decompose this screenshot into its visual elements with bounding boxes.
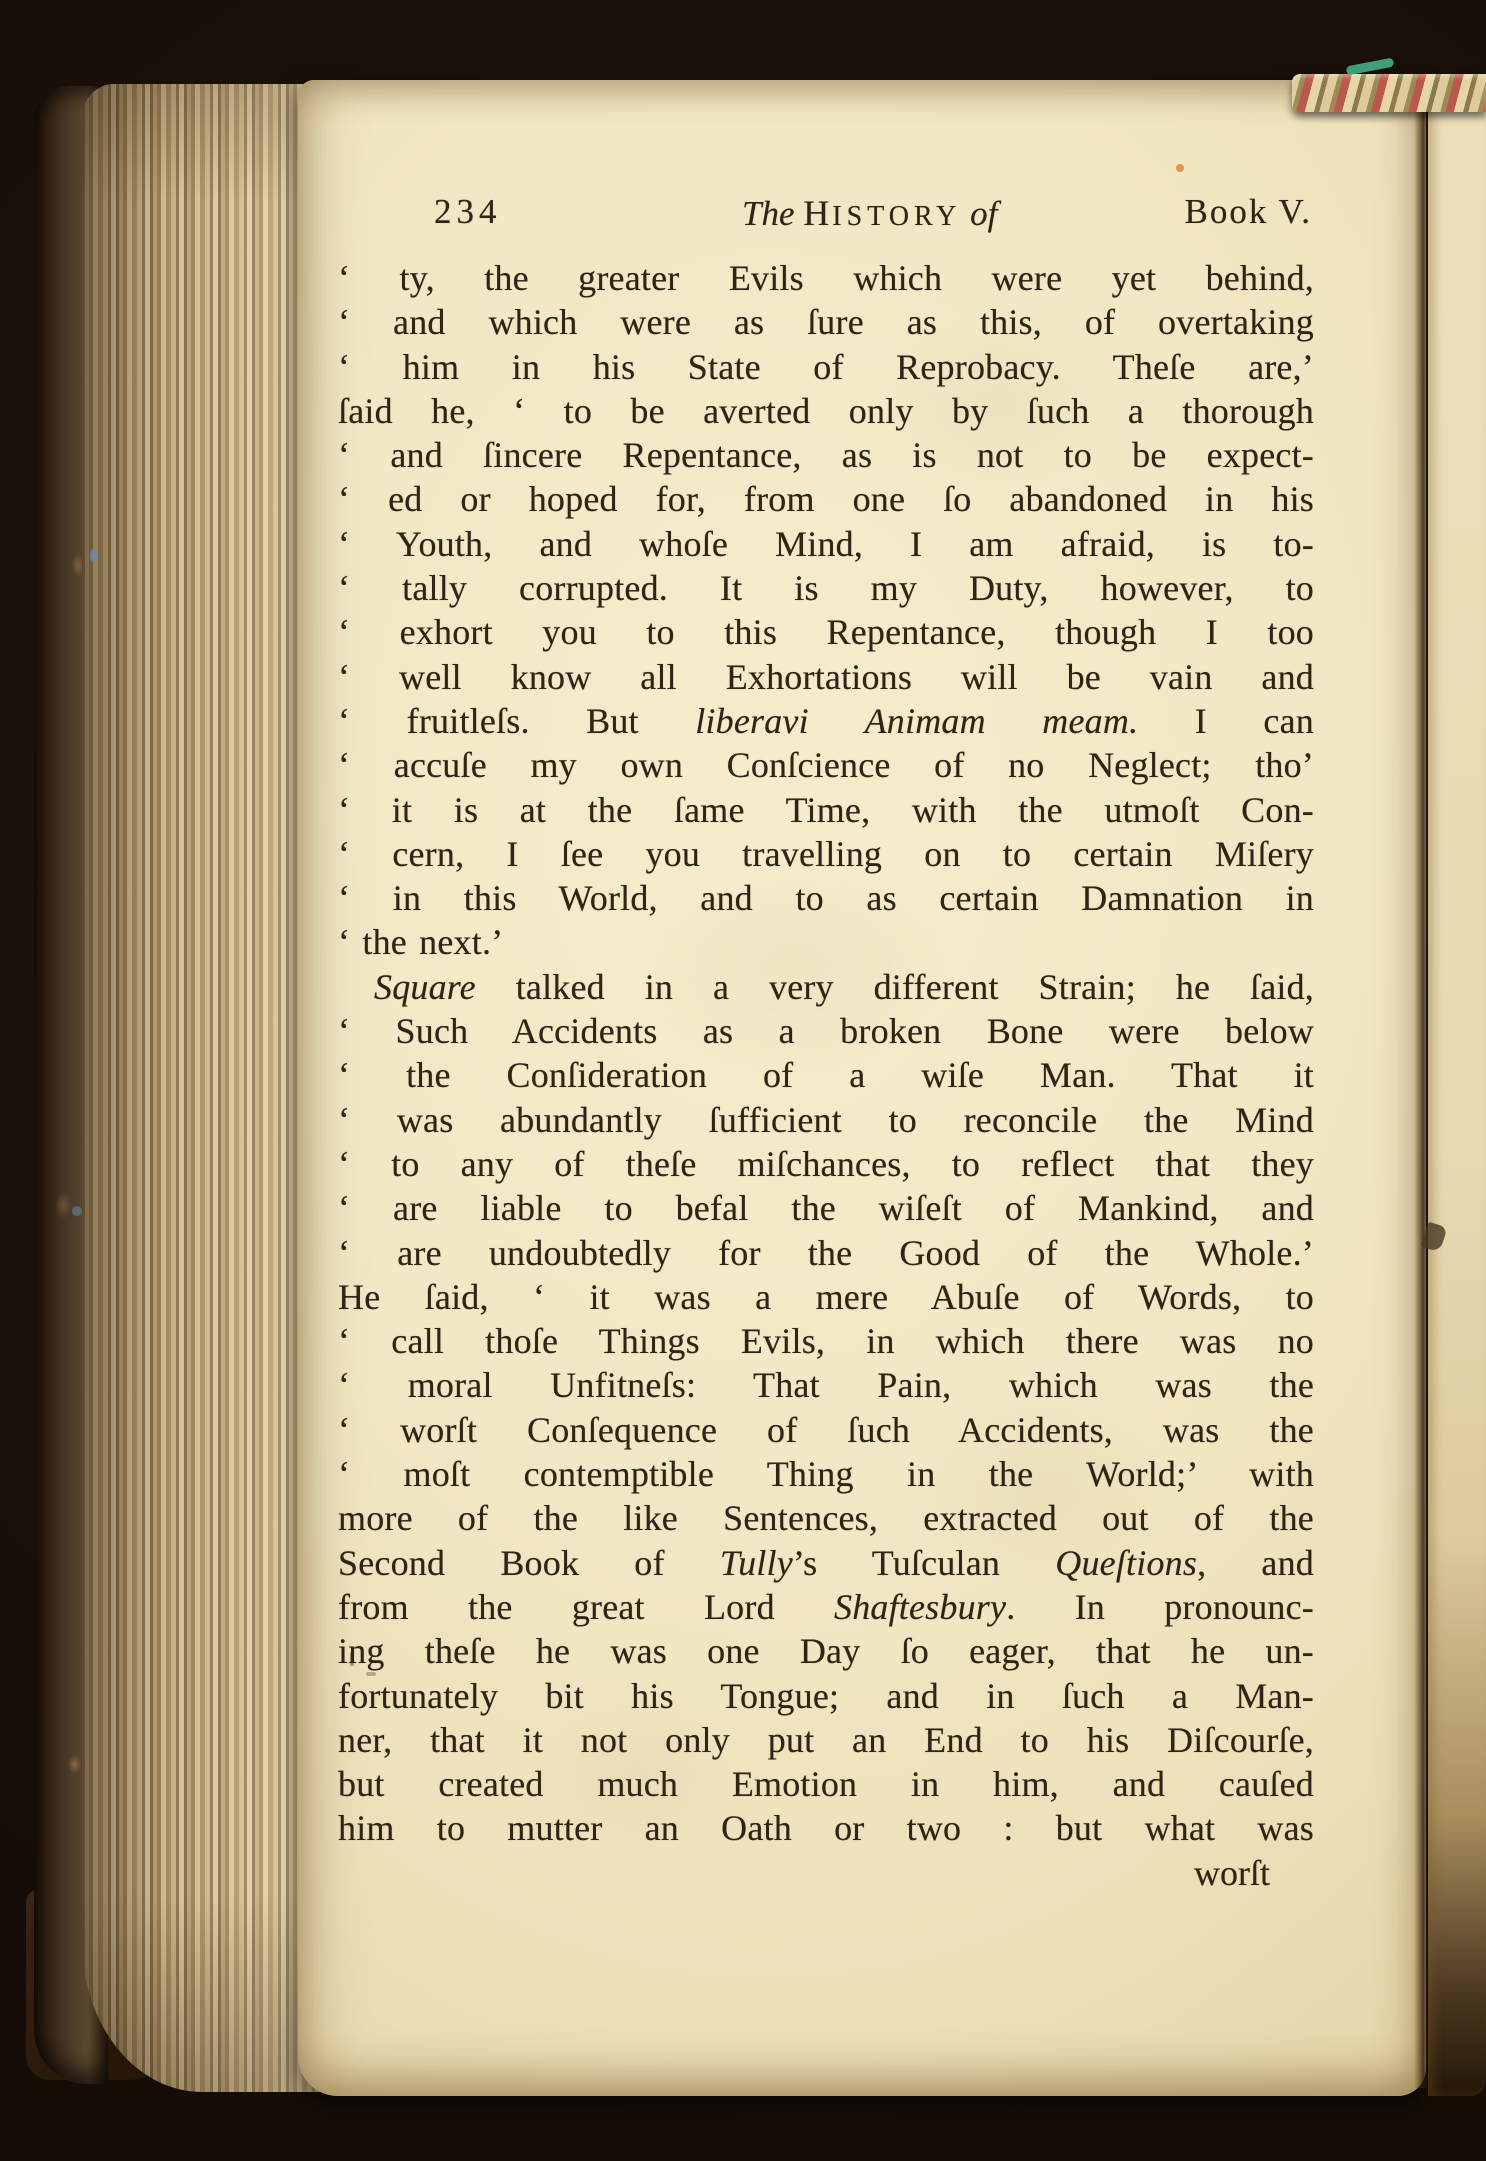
text-column: 234 The HISTORY of Book V. ‘ ty, the gre… (338, 190, 1314, 1895)
text-line: ‘ accuſe my own Conſcience of no Neglect… (338, 743, 1314, 787)
text-line: ‘ him in his State of Reprobacy. Theſe a… (338, 345, 1314, 389)
text-line: ‘ and which were as ſure as this, of ove… (338, 300, 1314, 344)
text-line: but created much Emotion in him, and cau… (338, 1762, 1314, 1806)
text-line: Square talked in a very different Strain… (338, 965, 1314, 1009)
text-line: ‘ call thoſe Things Evils, in which ther… (338, 1319, 1314, 1363)
text-line: ‘ worſt Conſequence of ſuch Accidents, w… (338, 1408, 1314, 1452)
running-title: The HISTORY of (742, 192, 997, 234)
text-line: ‘ exhort you to this Repentance, though … (338, 610, 1314, 654)
text-line: more of the like Sentences, extracted ou… (338, 1496, 1314, 1540)
text-line: ‘ the next.’ (338, 920, 1314, 964)
text-line: He ſaid, ‘ it was a mere Abuſe of Words,… (338, 1275, 1314, 1319)
text-line: him to mutter an Oath or two : but what … (338, 1806, 1314, 1850)
text-line: ‘ the Conſideration of a wiſe Man. That … (338, 1053, 1314, 1097)
text-line: ‘ and ſincere Repentance, as is not to b… (338, 433, 1314, 477)
blue-speck (90, 548, 98, 563)
text-line: ‘ tally corrupted. It is my Duty, howeve… (338, 566, 1314, 610)
text-line: ‘ to any of theſe miſchances, to reflect… (338, 1142, 1314, 1186)
text-line: ‘ fruitleſs. But liberavi Animam meam. I… (338, 699, 1314, 743)
text-line: ‘ are liable to befal the wiſeſt of Mank… (338, 1186, 1314, 1230)
text-line: ‘ Youth, and whoſe Mind, I am afraid, is… (338, 522, 1314, 566)
text-line: ſaid he, ‘ to be averted only by ſuch a … (338, 389, 1314, 433)
text-line: fortunately bit his Tongue; and in ſuch … (338, 1674, 1314, 1718)
text-line: ner, that it not only put an End to his … (338, 1718, 1314, 1762)
page-header: 234 The HISTORY of Book V. (338, 190, 1314, 256)
text-line: ‘ cern, I ſee you travelling on to certa… (338, 832, 1314, 876)
green-thread (1346, 58, 1395, 76)
text-line: ‘ was abundantly ſufficient to reconcile… (338, 1098, 1314, 1142)
text-line: Second Book of Tully’s Tuſculan Queſtion… (338, 1541, 1314, 1585)
text-line: ‘ moſt contemptible Thing in the World;’… (338, 1452, 1314, 1496)
text-line: from the great Lord Shaftesbury. In pron… (338, 1585, 1314, 1629)
text-line: ‘ it is at the ſame Time, with the utmoſ… (338, 788, 1314, 832)
book-label: Book V. (1185, 192, 1312, 232)
catchword: worſt (338, 1851, 1314, 1895)
page-number: 234 (434, 192, 502, 232)
text-line: ing theſe he was one Day ſo eager, that … (338, 1629, 1314, 1673)
text-line: ‘ moral Unfitneſs: That Pain, which was … (338, 1363, 1314, 1407)
adjacent-page-edge (1428, 98, 1486, 2096)
text-line: ‘ are undoubtedly for the Good of the Wh… (338, 1231, 1314, 1275)
text-line: ‘ in this World, and to as certain Damna… (338, 876, 1314, 920)
orange-speck (1176, 164, 1184, 172)
text-line: ‘ well know all Exhortations will be vai… (338, 655, 1314, 699)
headband (1292, 74, 1486, 112)
book-photo: 234 The HISTORY of Book V. ‘ ty, the gre… (0, 0, 1486, 2161)
text-line: ‘ ed or hoped for, from one ſo abandoned… (338, 477, 1314, 521)
text-line: ‘ ty, the greater Evils which were yet b… (338, 256, 1314, 300)
blue-speck (72, 1206, 82, 1216)
text-line: ‘ Such Accidents as a broken Bone were b… (338, 1009, 1314, 1053)
body-text: ‘ ty, the greater Evils which were yet b… (338, 256, 1314, 1851)
